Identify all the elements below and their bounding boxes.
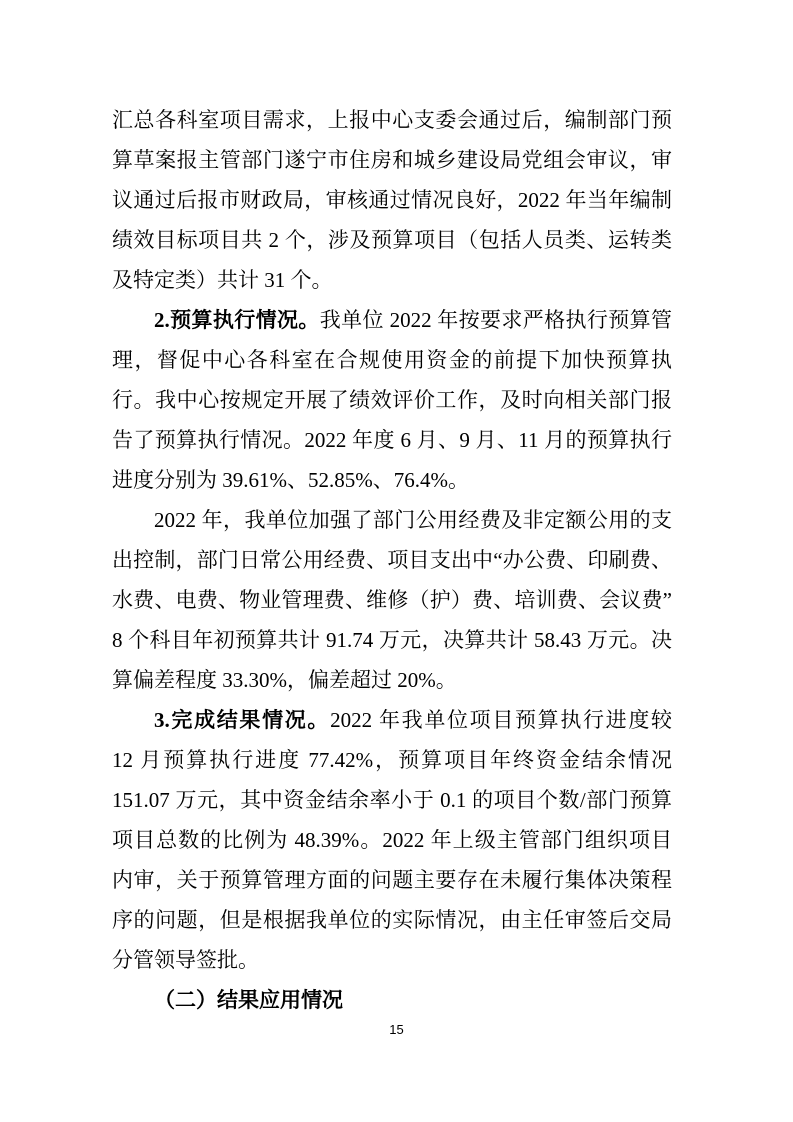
para-completion-results-line-2: 12 月预算执行进度 77.42%，预算项目年终资金结余情况: [112, 740, 672, 780]
para-budget-compilation-text-run: 绩效目标项目共 2 个，涉及预算项目（包括人员类、运转类: [112, 228, 672, 252]
para-budget-execution-line-3: 行。我中心按规定开展了绩效评价工作，及时向相关部门报: [112, 380, 672, 420]
para-budget-compilation-line-3: 议通过后报市财政局，审核通过情况良好，2022 年当年编制: [112, 180, 672, 220]
para-completion-results-line-4: 项目总数的比例为 48.39%。2022 年上级主管部门组织项目: [112, 820, 672, 860]
heading-results-application-bold-lead: （二）结果应用情况: [154, 988, 343, 1012]
para-completion-results-text-run: 内审，关于预算管理方面的问题主要存在未履行集体决策程: [112, 868, 672, 892]
para-budget-execution-text-run: 我单位 2022 年按要求严格执行预算管: [320, 308, 672, 332]
para-budget-compilation-line-2: 算草案报主管部门遂宁市住房和城乡建设局党组会审议，审: [112, 140, 672, 180]
para-completion-results-line-6: 序的问题，但是根据我单位的实际情况，由主任审签后交局: [112, 900, 672, 940]
para-expense-control-line-2: 出控制，部门日常公用经费、项目支出中“办公费、印刷费、: [112, 540, 672, 580]
para-budget-execution-line-5: 进度分别为 39.61%、52.85%、76.4%。: [112, 460, 672, 500]
para-budget-compilation-text-run: 及特定类）共计 31 个。: [112, 268, 333, 292]
document-text-block: 汇总各科室项目需求，上报中心支委会通过后，编制部门预算草案报主管部门遂宁市住房和…: [112, 100, 672, 1020]
para-budget-compilation-line-4: 绩效目标项目共 2 个，涉及预算项目（包括人员类、运转类: [112, 220, 672, 260]
para-expense-control-line-5: 算偏差程度 33.30%，偏差超过 20%。: [112, 660, 672, 700]
para-completion-results-text-run: 151.07 万元，其中资金结余率小于 0.1 的项目个数/部门预算: [112, 788, 672, 812]
para-budget-compilation-line-1: 汇总各科室项目需求，上报中心支委会通过后，编制部门预: [112, 100, 672, 140]
para-budget-compilation-line-5: 及特定类）共计 31 个。: [112, 260, 672, 300]
para-completion-results-text-run: 序的问题，但是根据我单位的实际情况，由主任审签后交局: [112, 908, 672, 932]
para-completion-results-text-run: 12 月预算执行进度 77.42%，预算项目年终资金结余情况: [112, 748, 672, 772]
para-completion-results-bold-lead: 3.完成结果情况。: [154, 708, 330, 732]
para-completion-results-text-run: 项目总数的比例为 48.39%。2022 年上级主管部门组织项目: [112, 828, 672, 852]
para-expense-control-text-run: 2022 年，我单位加强了部门公用经费及非定额公用的支: [154, 508, 672, 532]
para-completion-results-line-3: 151.07 万元，其中资金结余率小于 0.1 的项目个数/部门预算: [112, 780, 672, 820]
para-budget-compilation-text-run: 算草案报主管部门遂宁市住房和城乡建设局党组会审议，审: [112, 148, 672, 172]
para-expense-control-text-run: 水费、电费、物业管理费、维修（护）费、培训费、会议费”: [112, 588, 672, 612]
para-expense-control-text-run: 出控制，部门日常公用经费、项目支出中“办公费、印刷费、: [112, 548, 672, 572]
para-expense-control-text-run: 8 个科目年初预算共计 91.74 万元，决算共计 58.43 万元。决: [112, 628, 672, 652]
para-expense-control-line-4: 8 个科目年初预算共计 91.74 万元，决算共计 58.43 万元。决: [112, 620, 672, 660]
para-expense-control-text-run: 算偏差程度 33.30%，偏差超过 20%。: [112, 668, 457, 692]
para-completion-results-text-run: 分管领导签批。: [112, 948, 259, 972]
para-completion-results-line-1: 3.完成结果情况。2022 年我单位项目预算执行进度较差，: [112, 700, 672, 740]
para-completion-results-line-5: 内审，关于预算管理方面的问题主要存在未履行集体决策程: [112, 860, 672, 900]
para-expense-control-line-3: 水费、电费、物业管理费、维修（护）费、培训费、会议费”: [112, 580, 672, 620]
para-completion-results-line-7: 分管领导签批。: [112, 940, 672, 980]
para-budget-execution-line-4: 告了预算执行情况。2022 年度 6 月、9 月、11 月的预算执行: [112, 420, 672, 460]
para-budget-execution-line-1: 2.预算执行情况。我单位 2022 年按要求严格执行预算管: [112, 300, 672, 340]
page-number: 15: [0, 1022, 793, 1037]
para-budget-execution-text-run: 告了预算执行情况。2022 年度 6 月、9 月、11 月的预算执行: [112, 428, 672, 452]
para-budget-compilation-text-run: 议通过后报市财政局，审核通过情况良好，2022 年当年编制: [112, 188, 672, 212]
para-expense-control-line-1: 2022 年，我单位加强了部门公用经费及非定额公用的支: [112, 500, 672, 540]
para-budget-compilation-text-run: 汇总各科室项目需求，上报中心支委会通过后，编制部门预: [112, 108, 672, 132]
document-page: 汇总各科室项目需求，上报中心支委会通过后，编制部门预算草案报主管部门遂宁市住房和…: [0, 0, 793, 1122]
para-budget-execution-text-run: 理，督促中心各科室在合规使用资金的前提下加快预算执: [112, 348, 672, 372]
para-budget-execution-text-run: 行。我中心按规定开展了绩效评价工作，及时向相关部门报: [112, 388, 672, 412]
para-budget-execution-text-run: 进度分别为 39.61%、52.85%、76.4%。: [112, 468, 469, 492]
para-budget-execution-line-2: 理，督促中心各科室在合规使用资金的前提下加快预算执: [112, 340, 672, 380]
heading-results-application-line-1: （二）结果应用情况: [112, 980, 672, 1020]
para-budget-execution-bold-lead: 2.预算执行情况。: [154, 308, 320, 332]
